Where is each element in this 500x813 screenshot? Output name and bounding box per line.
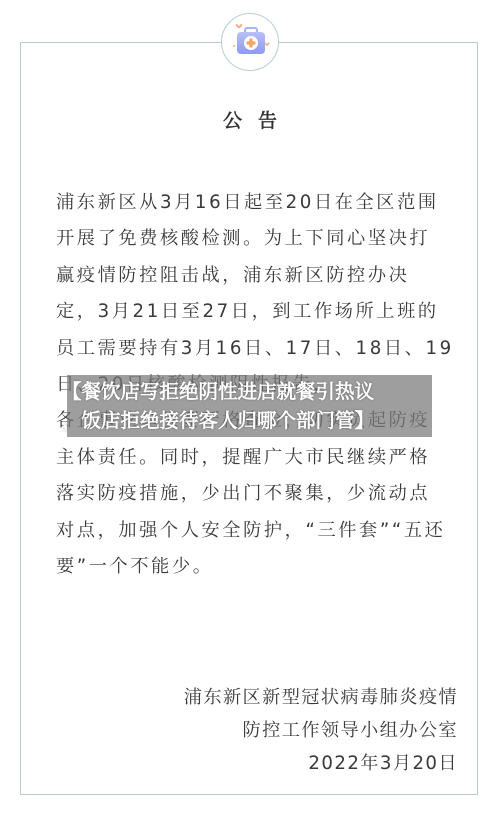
signature-block: 浦东新区新型冠状病毒肺炎疫情 防控工作领导小组办公室 2022年3月20日 xyxy=(184,681,458,780)
signature-org-line1: 浦东新区新型冠状病毒肺炎疫情 xyxy=(184,681,458,714)
body-line: 员工需要持有3月16日、17日、18日、19 xyxy=(56,331,456,367)
body-line: 主体责任。同时，提醒广大市民继续严格 xyxy=(56,440,456,476)
body-line: 赢疫情防控阻击战，浦东新区防控办决 xyxy=(56,258,456,294)
body-line: 定，3月21日至27日，到工作场所上班的 xyxy=(56,294,456,330)
body-line: 落实防疫措施，少出门不聚集，少流动点 xyxy=(56,476,456,512)
headline-line1: 【餐饮店写拒绝阴性进店就餐引热议 xyxy=(60,377,450,406)
signature-org-line2: 防控工作领导小组办公室 xyxy=(184,714,458,747)
body-line: 要”一个不能少。 xyxy=(56,549,456,585)
body-line: 浦东新区从3月16日起至20日在全区范围 xyxy=(56,185,456,221)
body-line: 开展了免费核酸检测。为上下同心坚决打 xyxy=(56,221,456,257)
header-badge xyxy=(221,13,279,71)
medical-kit-icon xyxy=(222,14,280,72)
headline-line2: ，饭店拒绝接待客人归哪个部门管】 xyxy=(60,406,450,435)
body-line: 对点，加强个人安全防护，“三件套”“五还 xyxy=(56,513,456,549)
signature-date: 2022年3月20日 xyxy=(184,747,458,780)
notice-title: 公告 xyxy=(0,106,500,133)
headline-overlay: 【餐饮店写拒绝阴性进店就餐引热议 ，饭店拒绝接待客人归哪个部门管】 xyxy=(60,377,450,435)
